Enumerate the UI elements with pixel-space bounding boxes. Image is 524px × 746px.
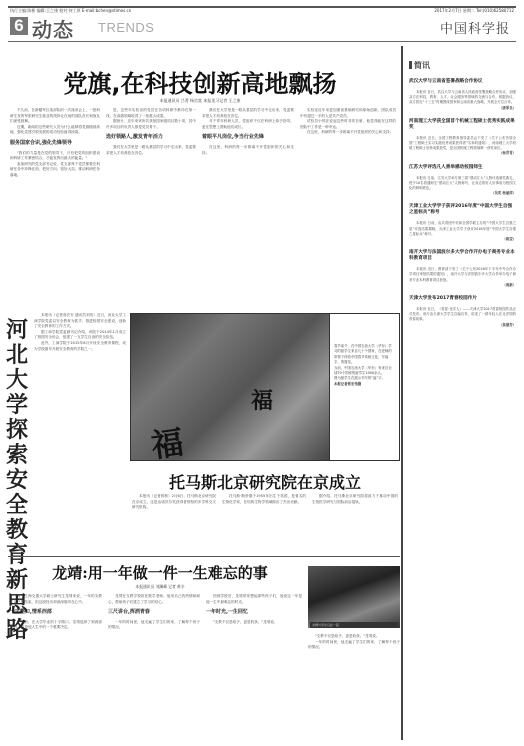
brief-headline: 武汉大学与云南省签署战略合作协议	[409, 79, 516, 85]
bottom-col-1: 对于上海交通大学硕士研究生龙靖来说，一年的支教生活已经结束，但这段经历却深深烙印…	[10, 594, 102, 742]
brief-body: 本报讯 近日，全国工程教育指导委员会下发了《关于公布首届全国“工程硕士实习实践优…	[409, 136, 516, 157]
photo-caption: 春节前夕，在中国石油大学（华东）学习的留学生来自几十个国家，在老师的带领下体验中…	[330, 313, 400, 461]
lead-subhead-2: 选好领路人,激发青年活力	[106, 135, 196, 141]
group-photo	[308, 566, 400, 628]
brief-body: 本报讯 近日，武汉大学与云南省人民政府签署战略合作协议，加强双方在科技、教育、人…	[409, 90, 516, 111]
brief-body: 本报讯 日前，江苏大学举办第三届“感动江大”人物评选颁奖典礼，授予10名普通师生…	[409, 176, 516, 197]
page-number: 6	[10, 17, 28, 35]
sidebar-title: 简讯	[409, 60, 516, 71]
section-title-en: TRENDS	[98, 20, 154, 35]
bottom-col-2: 龙靖在支教学校担任数学老师，他用自己的热情和耐心，帮助孩子们建立了学习的信心。 …	[108, 594, 200, 742]
bottom-subhead-2: 三尺讲台,挥洒青春	[108, 610, 200, 616]
photo-story-headline: 托马斯北京研究院在京成立	[130, 470, 400, 493]
section-divider	[8, 556, 400, 557]
brief-headline: 江苏大学评选凡人善举感动校园师生	[409, 165, 516, 171]
fu-character: 福	[251, 384, 273, 415]
brief-headline: 南开大学与法国波尔多大学合作开办电子商务专业本科教育项目	[409, 250, 516, 262]
lead-headline: 党旗,在科技创新高地飘扬	[10, 64, 390, 99]
brief-body: 本报讯 近日，教育部下发了《关于公布2016年下半年中外合作办学项目审批结果的通…	[409, 267, 516, 288]
news-brief-sidebar: 简讯 武汉大学与云南省签署战略合作协议 本报讯 近日，武汉大学与云南省人民政府签…	[401, 46, 516, 740]
bottom-subhead-3: 一年时光,一生回忆	[206, 610, 302, 616]
group-photo-caption: 龙靖与学生们在一起	[310, 622, 398, 628]
photo-story-col-3: 据介绍，托马斯北京研究院将致力于推动中国的生物医学研究与国际前沿接轨。	[312, 494, 398, 550]
bottom-headline: 龙靖:用一年做一件一生难忘的事	[10, 562, 310, 583]
brief-headline: 天津大学发布2017青春校园作片	[409, 296, 516, 302]
section-title: 动态	[32, 14, 74, 43]
lead-subhead-3: 着眼平凡岗位,争当行业先锋	[202, 135, 294, 141]
bottom-subhead-1: 十字路口,情系西部	[10, 610, 102, 616]
vertical-story-body: 本报讯（记者高长安 通讯员刘英）近日，河北大学工商学院党委以安全教育为抓手，推进…	[34, 313, 126, 549]
header-rule	[8, 41, 516, 42]
fu-character: 福	[148, 417, 186, 461]
lead-column-4: 实验室近年来更加重视基础研究和原始创新，团队成员中有超过一半的人是共产党员。 试…	[300, 108, 396, 308]
photo-story-col-1: 本报讯（记者郭桥）2月6日，托马斯北京研究院在京成立，这是由诺贝尔奖获得者领衔的…	[132, 494, 216, 550]
bottom-col-4: "支教不仅是给予，更是收获。"龙靖说。 一年的时间里，他走遍了学生们的家，了解每…	[308, 634, 400, 742]
photo-story-col-2: 托马斯·斯蒂德于1955年出生于英国，是著名的生物化学家，在结构生物学领域做出了…	[222, 494, 306, 550]
date-info: 2017年2月7日 星期二 Tel:(010)62580712	[434, 8, 514, 14]
brief-headline: 天津工业大学学子获评2016年度“中国大学生自强之星标兵”称号	[409, 204, 516, 216]
brief-body: 本报讯 日前，由共青团中央和全国学联主办的“中国大学生自强之星”评选结果揭晓，天…	[409, 221, 516, 242]
bottom-byline: 本报通讯员 刘澜峰 记者 黄辛	[10, 584, 310, 590]
newspaper-logo: 中国科学报	[440, 18, 510, 37]
lead-column-2: 是，这些年实验室的党员在各项科研中都冲在第一线，在高端领域取得了一批重大成果。 …	[106, 108, 196, 308]
bottom-col-3: 回到学校后，龙靖常常想起那些孩子们，他说这一年是他一生中最难忘的时光。 一年时光…	[206, 594, 302, 742]
students-calligraphy-photo: 福 福	[130, 313, 330, 461]
brief-body: 本报讯 近日，《青春·北洋人》——天津大学2017青春校园作品正式发布。该片由天…	[409, 307, 516, 328]
brief-headline: 河南理工大学获全国首个机械工程硕士优秀实践成果奖	[409, 119, 516, 131]
lead-byline: 本报通讯员 吕菁 杨宗富 本报见习记者 王之康	[10, 98, 390, 104]
lead-column-3: 我们在大学里是一路从基层的学习中走出来，党委要求把人才培养放在首位。 对于青年科…	[202, 108, 294, 308]
lead-column-1: 不久前，在新疆军区某部队的一次座谈会上，一批科研生发的军旅研究生就业的抉择让在场…	[10, 108, 100, 308]
lead-subhead-1: 服务国家合识,强化先锋领导	[10, 141, 100, 147]
